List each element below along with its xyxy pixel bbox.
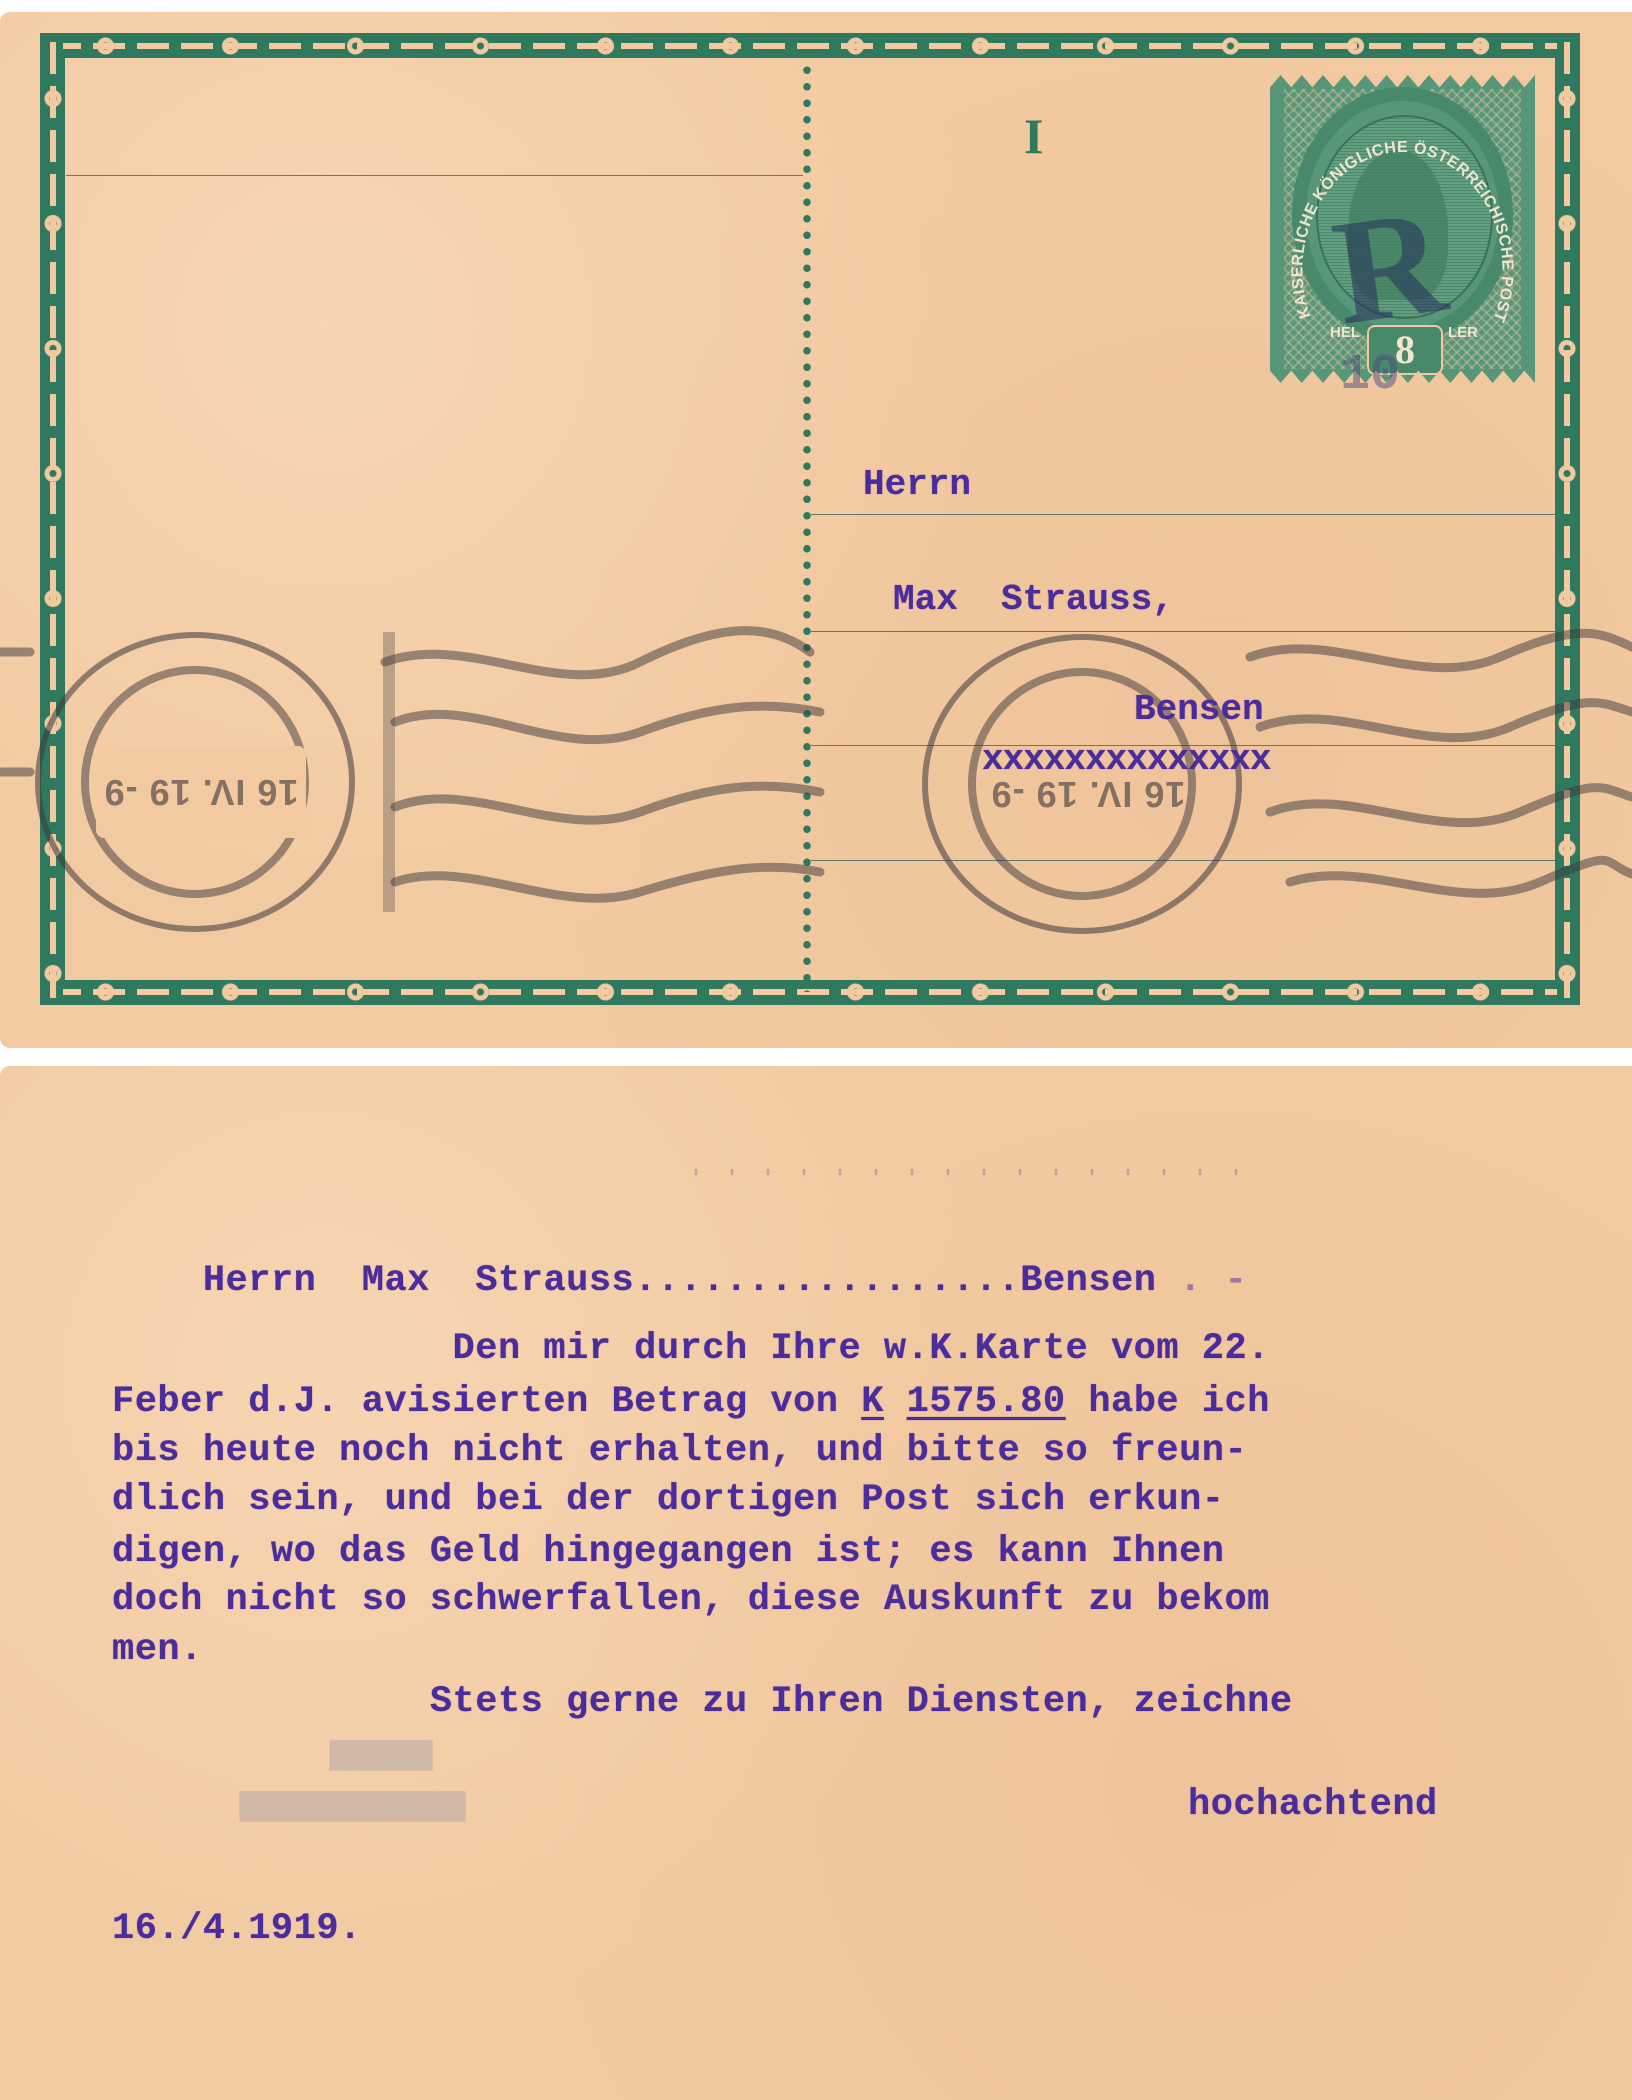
border-band-top: [43, 36, 1577, 56]
header-leader: ................: [634, 1260, 997, 1302]
body-line-1: Den mir durch Ihre w.K.Karte vom 22.: [112, 1328, 1270, 1370]
stamp-overprint-mark: R: [1325, 185, 1453, 349]
letter-date: 16./4.1919.: [112, 1908, 362, 1950]
postcard-front: I KAISERLICHE KÖNIGLICHE ÖSTERREICHISCHE…: [0, 12, 1632, 1048]
header-trailing: . -: [1156, 1260, 1247, 1302]
body-line-3: bis heute noch nicht erhalten, und bitte…: [112, 1430, 1247, 1472]
address-rule-1: [811, 514, 1555, 515]
address-city: Bensen: [1134, 689, 1264, 730]
body-line-6: doch nicht so schwerfallen, diese Auskun…: [112, 1579, 1270, 1621]
header-city: .Bensen: [998, 1260, 1157, 1302]
machine-cancellation-waves: [0, 612, 1632, 952]
body-line-5: digen, wo das Geld hingegangen ist; es k…: [112, 1531, 1224, 1573]
stamp-overprint-value: 10: [1340, 347, 1400, 404]
postcard-back: ' ' ' ' ' ' ' ' ' ' ' ' ' ' ' ' Herrn Ma…: [0, 1066, 1632, 2100]
address-salutation: Herrn: [863, 464, 971, 505]
signature-intro: hochachtend: [1188, 1784, 1438, 1826]
closing-line: Stets gerne zu Ihren Diensten, zeichne: [112, 1681, 1293, 1723]
ghost-stamp-1: ▆▆▆▆▆: [330, 1731, 432, 1773]
ghost-dots: ' ' ' ' ' ' ' ' ' ' ' ' ' ' ' ': [690, 1168, 1248, 1191]
body-line-7: men.: [112, 1629, 203, 1671]
border-inner-line-top: [63, 56, 1557, 58]
amount-currency: K: [861, 1381, 884, 1423]
address-strikeout: xxxxxxxxxxxxxx: [982, 739, 1270, 780]
header-surname: Strauss: [475, 1260, 634, 1302]
body-line-2: Feber d.J. avisierten Betrag von K 1575.…: [112, 1381, 1270, 1423]
series-mark: I: [1024, 107, 1043, 165]
letter-header: Herrn Max Strauss.................Bensen…: [112, 1218, 1247, 1344]
ghost-stamp-2: ▆▆▆▆▆▆▆▆▆▆▆: [240, 1782, 465, 1824]
address-name: Max Strauss,: [893, 579, 1174, 620]
body-line-4: dlich sein, und bei der dortigen Post si…: [112, 1479, 1224, 1521]
message-panel-rule: [66, 175, 803, 176]
header-salutation: Herrn: [203, 1260, 317, 1302]
amount-value: 1575.80: [907, 1381, 1066, 1423]
header-name: Max: [362, 1260, 430, 1302]
